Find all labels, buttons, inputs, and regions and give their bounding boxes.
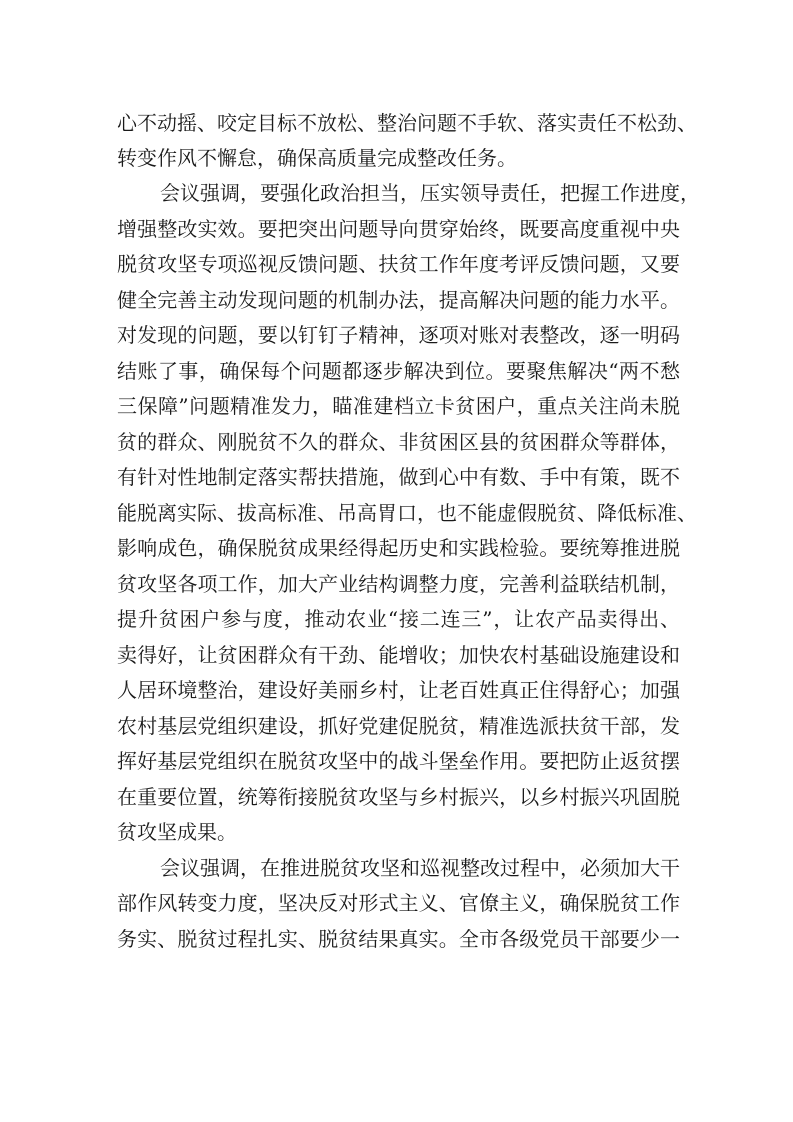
text-line: 贫攻坚成果。 [117,817,680,847]
text-line: 健全完善主动发现问题的机制办法，提高解决问题的能力水平。 [117,285,680,315]
document-page: 心不动摇、咬定目标不放松、整治问题不手软、落实责任不松劲、 转变作风不懈怠，确保… [0,0,793,1122]
text-line: 能脱离实际、拔高标准、吊高胃口，也不能虚假脱贫、降低标准、 [117,498,680,528]
paragraph-start-line: 会议强调，在推进脱贫攻坚和巡视整改过程中，必须加大干 [160,853,680,883]
text-line: 有针对性地制定落实帮扶措施，做到心中有数、手中有策，既不 [117,462,680,492]
text-line: 贫攻坚各项工作，加大产业结构调整力度，完善利益联结机制， [117,569,680,599]
text-line: 挥好基层党组织在脱贫攻坚中的战斗堡垒作用。要把防止返贫摆 [117,746,680,776]
text-line: 卖得好，让贫困群众有干劲、能增收；加快农村基础设施建设和 [117,640,680,670]
text-line: 三保障”问题精准发力，瞄准建档立卡贫困户，重点关注尚未脱 [117,391,680,421]
text-line: 影响成色，确保脱贫成果经得起历史和实践检验。要统筹推进脱 [117,533,680,563]
text-line: 脱贫攻坚专项巡视反馈问题、扶贫工作年度考评反馈问题，又要 [117,249,680,279]
text-line: 在重要位置，统筹衔接脱贫攻坚与乡村振兴，以乡村振兴巩固脱 [117,782,680,812]
text-line: 提升贫困户参与度，推动农业“接二连三”，让农产品卖得出、 [117,604,680,634]
text-line: 结账了事，确保每个问题都逐步解决到位。要聚焦解决“两不愁 [117,356,680,386]
text-line: 部作风转变力度，坚决反对形式主义、官僚主义，确保脱贫工作 [117,888,680,918]
text-line: 务实、脱贫过程扎实、脱贫结果真实。全市各级党员干部要少一 [117,924,680,954]
text-line: 增强整改实效。要把突出问题导向贯穿始终，既要高度重视中央 [117,214,680,244]
text-line: 人居环境整治，建设好美丽乡村，让老百姓真正住得舒心；加强 [117,675,680,705]
text-line: 贫的群众、刚脱贫不久的群众、非贫困区县的贫困群众等群体， [117,427,680,457]
paragraph-start-line: 会议强调，要强化政治担当，压实领导责任，把握工作进度， [160,178,680,208]
text-line: 农村基层党组织建设，抓好党建促脱贫，精准选派扶贫干部，发 [117,711,680,741]
text-line: 对发现的问题，要以钉钉子精神，逐项对账对表整改，逐一明码 [117,320,680,350]
text-line: 心不动摇、咬定目标不放松、整治问题不手软、落实责任不松劲、 [117,108,680,138]
text-line: 转变作风不懈怠，确保高质量完成整改任务。 [117,143,680,173]
